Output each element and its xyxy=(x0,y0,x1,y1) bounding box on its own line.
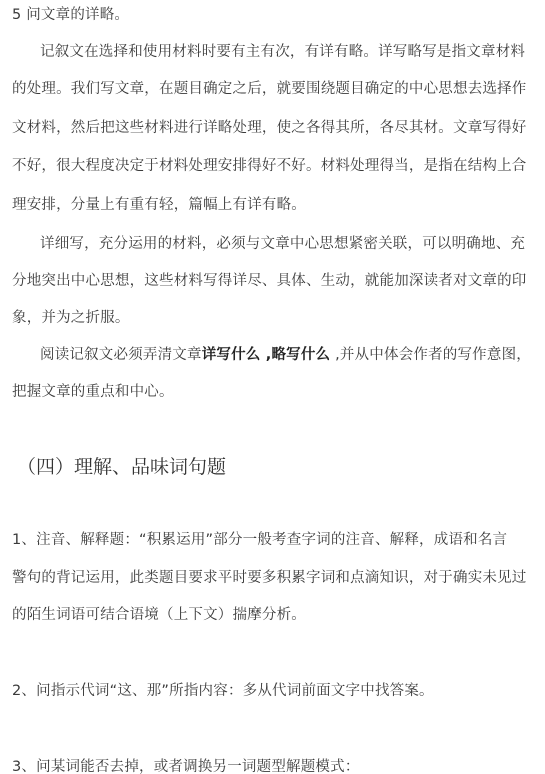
paragraph-line: 文材料，然后把这些材料进行详略处理，使之各得其所，各尽其材。文章写得好 xyxy=(12,118,527,138)
text-run: 阅读记叙文必须弄清文章 xyxy=(40,347,202,363)
paragraph-line: 理安排，分量上有重有轻，篇幅上有详有略。 xyxy=(12,195,306,215)
paragraph-line: 的处理。我们写文章，在题目确定之后，就要围绕题目确定的中心思想去选择作 xyxy=(12,79,527,99)
paragraph-line: 象，并为之折服。 xyxy=(12,308,130,328)
list-item: 2、问指示代词“这、那”所指内容：多从代词前面文字中找答案。 xyxy=(12,681,434,701)
list-item-line: 1、注音、解释题：“积累运用”部分一般考查字词的注音、解释，成语和名言 xyxy=(12,530,507,550)
subsection-title: 5 问文章的详略。 xyxy=(12,5,129,25)
paragraph-line: 记叙文在选择和使用材料时要有主有次，有详有略。详写略写是指文章材料 xyxy=(40,42,525,62)
paragraph-line: 阅读记叙文必须弄清文章详写什么 ,略写什么 ,并从中体会作者的写作意图， xyxy=(40,345,531,365)
text-run: ,并从中体会作者的写作意图， xyxy=(330,347,531,363)
list-item-line: 的陌生词语可结合语境（上下文）揣摩分析。 xyxy=(12,605,306,625)
bold-emphasis: 详写什么 ,略写什么 xyxy=(202,347,331,363)
paragraph-line: 分地突出中心思想，这些材料写得详尽、具体、生动，就能加深读者对文章的印 xyxy=(12,271,527,291)
paragraph-line: 详细写，充分运用的材料，必须与文章中心思想紧密关联，可以明确地、充 xyxy=(40,234,525,254)
paragraph-line: 不好，很大程度决定于材料处理安排得好不好。材料处理得当，是指在结构上合 xyxy=(12,156,527,176)
section-heading: （四）理解、品味词句题 xyxy=(17,455,226,479)
paragraph-line: 把握文章的重点和中心。 xyxy=(12,382,174,402)
list-item: 3、问某词能否去掉，或者调换另一词题型解题模式： xyxy=(12,757,360,774)
list-item-line: 警句的背记运用，此类题目要求平时要多积累字词和点滴知识，对于确实未见过 xyxy=(12,568,527,588)
